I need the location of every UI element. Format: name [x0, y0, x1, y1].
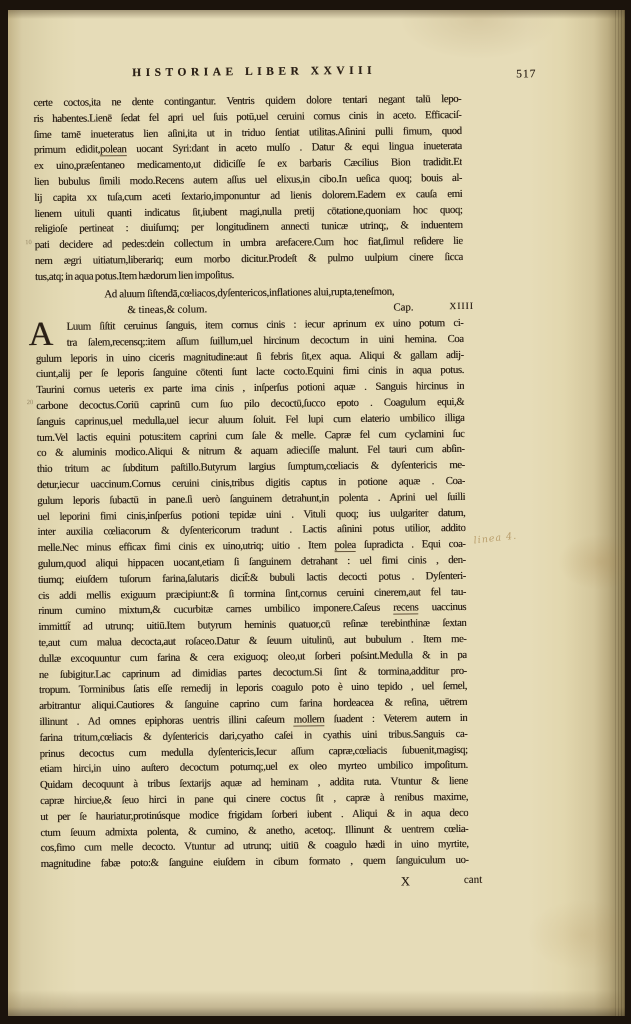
body-text-block-1: certe coctos,ita ne dente contingantur. … [33, 92, 463, 286]
scanned-book-photo: HISTORIAE LIBER XXVIII 517 certe coctos,… [0, 0, 631, 1024]
signature-mark: X [401, 874, 410, 889]
chapter-cap-number: XIIII [449, 300, 474, 316]
body-text-block-2: Luum ſiſtit ceruinus ſanguis, item cornu… [35, 316, 468, 873]
chapter-cap-label: Cap. [393, 300, 413, 316]
page-number: 517 [516, 68, 536, 80]
page-fore-edge [615, 10, 625, 1016]
text-line: tus,atq; in aqua potus.Item hædorum lien… [35, 266, 463, 286]
text-line: magnitudine fabæ poto:& ſanguine eiuſdem… [41, 853, 469, 873]
printed-text-area: HISTORIAE LIBER XXVIII 517 certe coctos,… [33, 64, 469, 908]
running-title: HISTORIAE LIBER XXVIII [33, 64, 461, 80]
margin-line-number-10: 10 [20, 239, 32, 246]
margin-line-number-20: 20 [21, 399, 33, 406]
chapter-heading-line2-text: & tineas,& colum. [127, 302, 207, 319]
signature-row: X cant [41, 874, 469, 894]
catchword: cant [464, 874, 482, 886]
book-page: HISTORIAE LIBER XXVIII 517 certe coctos,… [8, 10, 625, 1016]
handwritten-margin-note: linea 4. [473, 528, 544, 547]
